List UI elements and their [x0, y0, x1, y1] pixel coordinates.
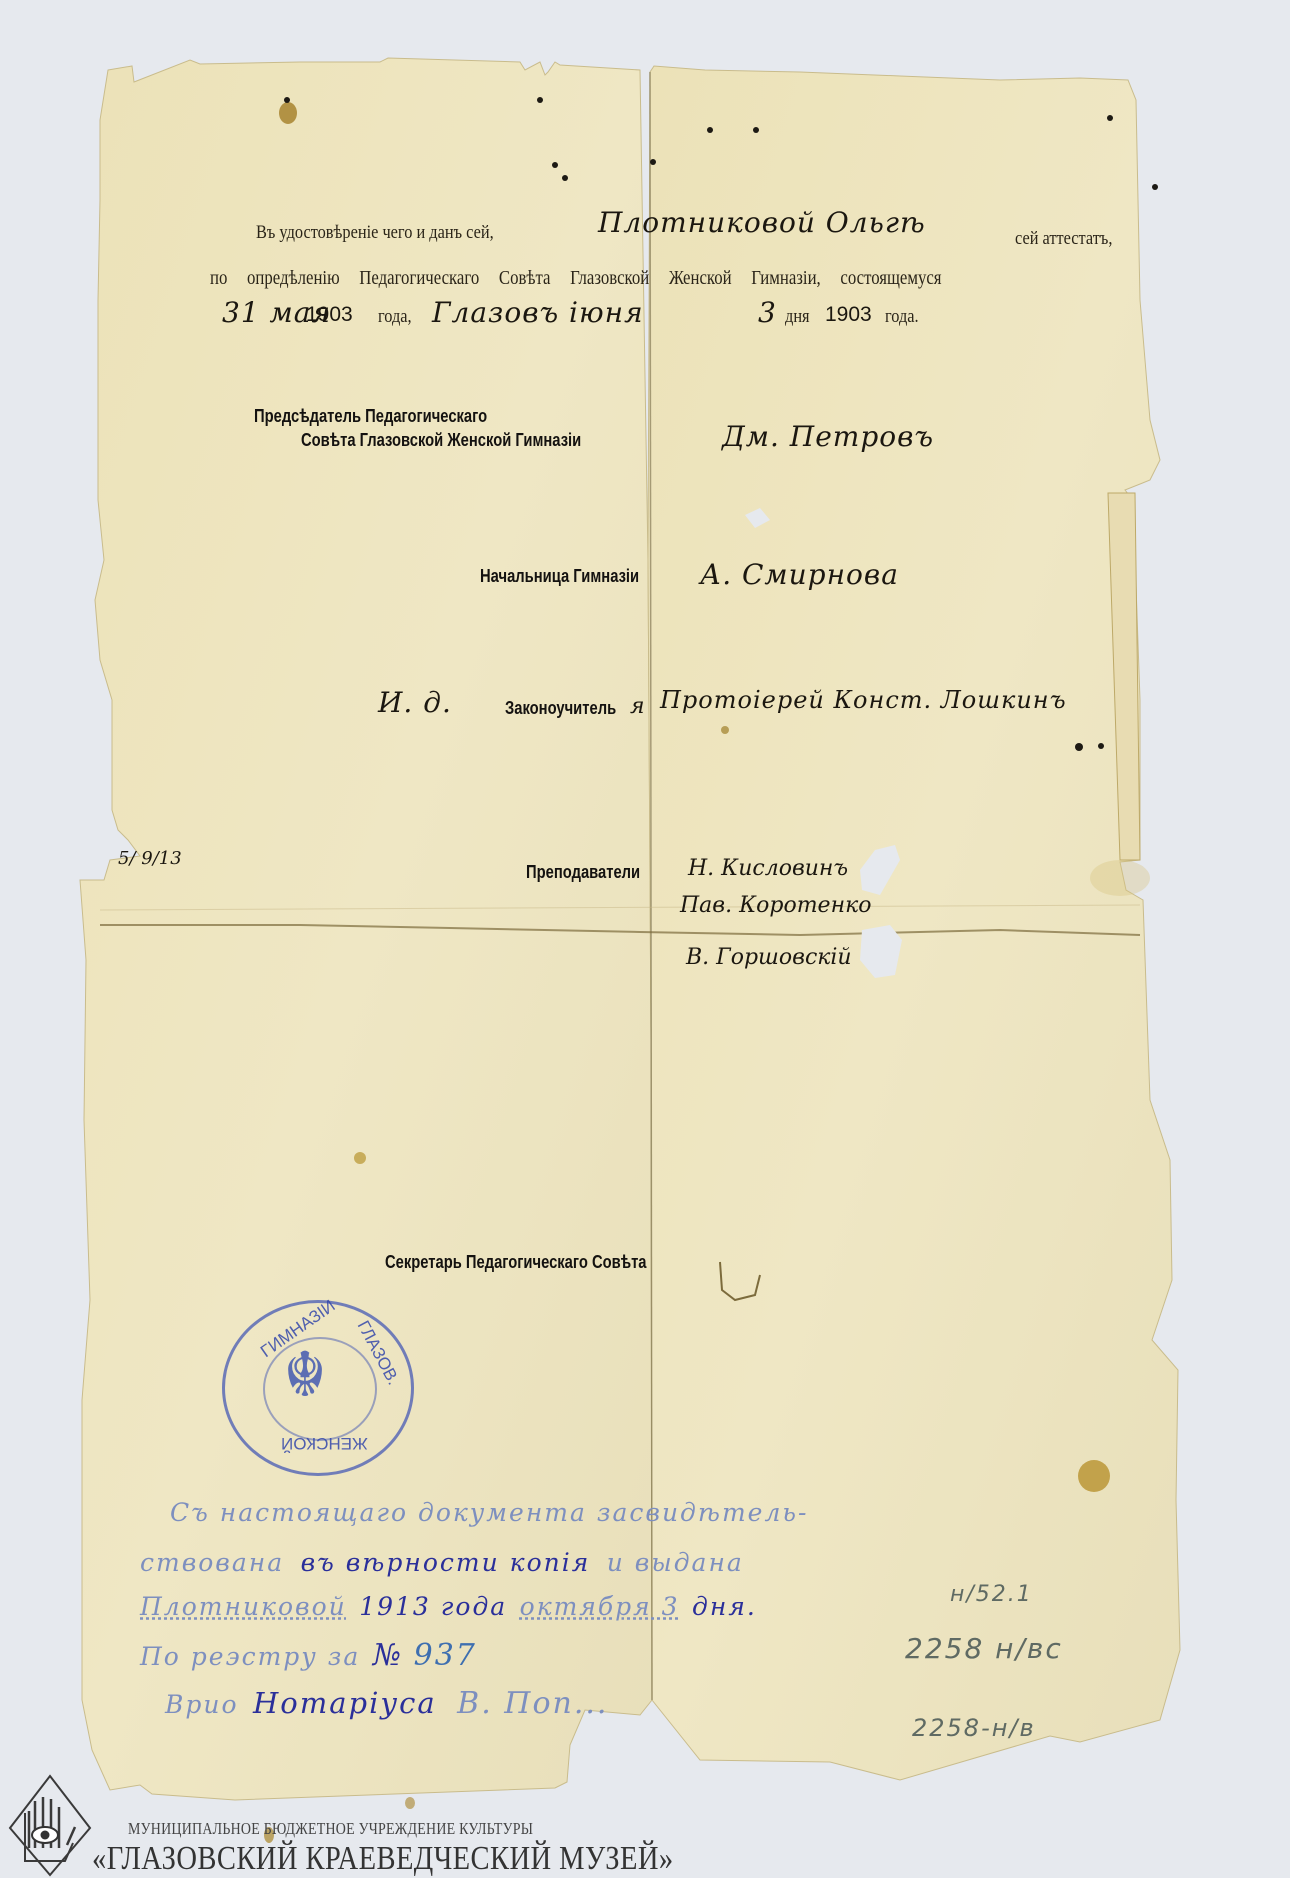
- body-line3-end: года.: [885, 306, 919, 328]
- teacher-signature-2: Пав. Коротенко: [680, 893, 871, 918]
- archive-mark-1: н/52.1: [950, 1582, 1033, 1607]
- notary-line-3: Плотниковой 1913 года октября 3 дня.: [140, 1592, 757, 1621]
- law-teacher-role: Законоучитель: [505, 698, 616, 719]
- headmistress-signature: А. Смирнова: [700, 558, 899, 591]
- notary-line2-a: ствована: [140, 1548, 284, 1577]
- body-line1-suffix: сей аттестатъ,: [1015, 228, 1112, 250]
- body-line1-prefix: Въ удостовѣреніе чего и данъ сей,: [256, 222, 494, 243]
- notary-register-number: 937: [414, 1638, 477, 1673]
- law-teacher-role-suffix: я: [630, 694, 645, 719]
- archive-mark-2: 2258 н/вс: [905, 1632, 1063, 1665]
- body-line-2: по опредѣленію Педагогическаго Совѣта Гл…: [210, 268, 942, 290]
- issue-place-handwritten: Глазовъ іюня: [432, 296, 644, 329]
- law-teacher-prefix: И. д.: [378, 686, 452, 719]
- notary-line-5: Врио Нотаріуса В. Поп...: [165, 1686, 608, 1721]
- notary-line-2: ствована въ вѣрности копія и выдана: [140, 1548, 744, 1577]
- teachers-role: Преподаватели: [526, 862, 640, 883]
- notary-signature: В. Поп...: [457, 1686, 608, 1721]
- notary-register-label: По реэстру за: [140, 1642, 360, 1671]
- notary-line-1: Съ настоящаго документа засвидѣтель-: [170, 1498, 808, 1527]
- chairman-role-line2: Совѣта Глазовской Женской Гимназіи: [301, 430, 581, 451]
- museum-title: «Глазовский краеведческий музей»: [92, 1840, 674, 1878]
- chairman-signature: Дм. Петровъ: [722, 420, 934, 453]
- gymnasium-seal: ☬ ГИМНАЗІИ ГЛАЗОВ. ЖЕНСКОЙ: [222, 1300, 414, 1476]
- body-line-1: Въ удостовѣреніе чего и данъ сей,: [256, 222, 494, 244]
- hand-eye-logo: [5, 1773, 95, 1878]
- notary-title: Нотаріуса: [253, 1686, 437, 1720]
- headmistress-role: Начальница Гимназіи: [480, 566, 639, 587]
- archive-mark-3: 2258-н/в: [912, 1714, 1036, 1742]
- notary-year: 1913 года: [359, 1592, 507, 1621]
- double-headed-eagle-icon: ☬: [283, 1345, 327, 1407]
- notary-line-4: По реэстру за № 937: [140, 1638, 477, 1673]
- handwritten-recipient-name: Плотниковой Ольгѣ: [598, 206, 926, 239]
- seal-text-bottom: ЖЕНСКОЙ: [281, 1433, 368, 1453]
- issue-year: 1903: [825, 303, 872, 327]
- notary-acting-label: Врио: [165, 1690, 239, 1719]
- body-line3-mid: года,: [378, 306, 412, 328]
- notary-line2-c: и выдана: [607, 1548, 744, 1577]
- teacher-signature-3: В. Горшовскій: [686, 945, 852, 970]
- law-teacher-signature: Протоіерей Конст. Лошкинъ: [660, 686, 1067, 714]
- notary-line3-end: дня.: [692, 1592, 757, 1621]
- notary-recipient-name: Плотниковой: [140, 1592, 347, 1621]
- margin-note: 5/ 9/13: [118, 848, 182, 869]
- meeting-year: 1903: [306, 303, 353, 327]
- issue-day-handwritten: 3: [758, 296, 777, 329]
- secretary-role: Секретарь Педагогическаго Совѣта: [385, 1252, 647, 1273]
- notary-line2-b: въ вѣрности копія: [301, 1548, 591, 1577]
- body-line3-day-word: дня: [785, 306, 810, 328]
- notary-month: октября 3: [520, 1592, 680, 1621]
- museum-subtitle: Муниципальное бюджетное учреждение культ…: [128, 1819, 533, 1839]
- chairman-role-line1: Предсѣдатель Педагогическаго: [254, 406, 487, 427]
- teacher-signature-1: Н. Кисловинъ: [688, 856, 848, 881]
- notary-number-sign: №: [373, 1638, 403, 1673]
